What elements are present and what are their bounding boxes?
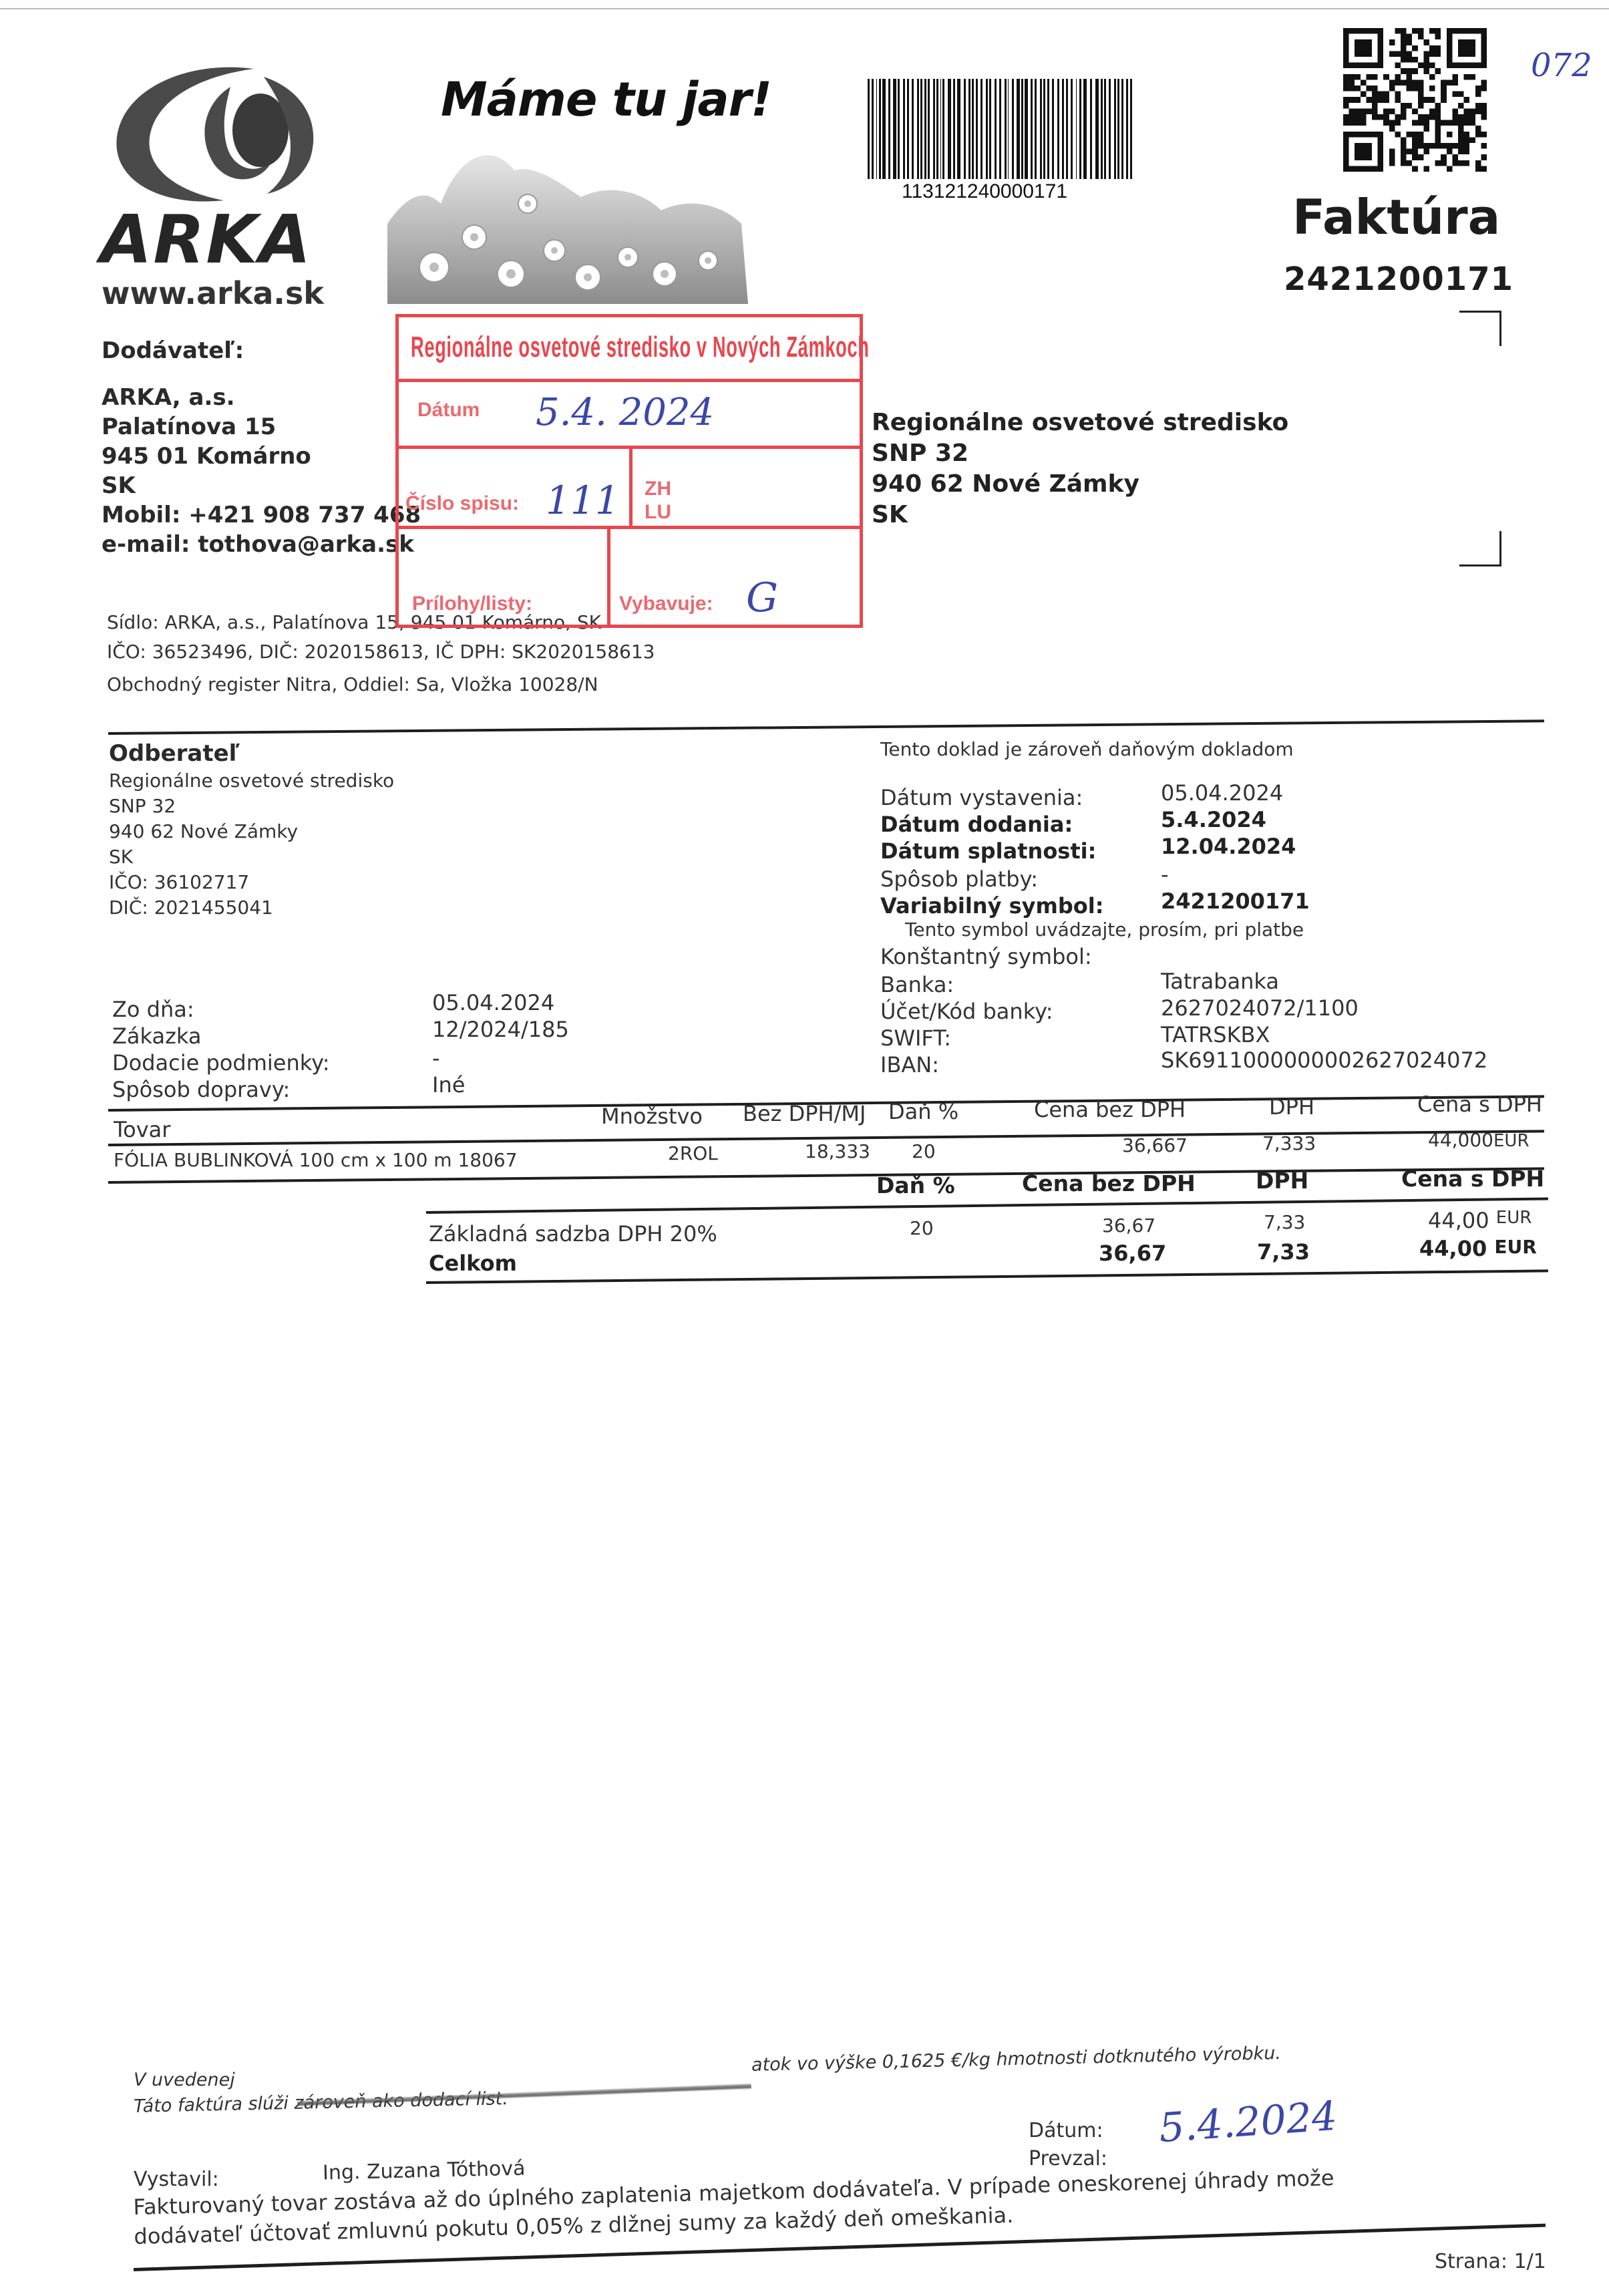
item-gross: 44,000EUR (1428, 1129, 1530, 1151)
customer-line: 940 62 Nové Zámky (109, 819, 394, 844)
rate-net: 36,67 (1102, 1214, 1155, 1237)
total-net: 36,67 (1099, 1241, 1166, 1266)
total-label: Celkom (429, 1251, 517, 1276)
rate-gross: 44,00 EUR (1428, 1208, 1532, 1233)
due-date-label: Dátum splatnosti: (880, 838, 1096, 864)
stamp-attachments-label: Prílohy/listy: (412, 593, 532, 615)
stamp-code: ZH (645, 478, 671, 500)
customer-dic: DIČ: 2021455041 (109, 895, 394, 921)
customer-details: Regionálne osvetové stredisko SNP 32 940… (109, 768, 394, 921)
customer-line: Regionálne osvetové stredisko (109, 768, 394, 794)
bank-label: Banka: (880, 972, 954, 997)
commercial-register: Obchodný register Nitra, Oddiel: Sa, Vlo… (107, 673, 598, 695)
item-tax-pct: 20 (912, 1140, 936, 1162)
received-date-handwritten: 5.4.2024 (1157, 2093, 1338, 2152)
supplier-line: ARKA, a.s. (102, 383, 421, 412)
swift-label: SWIFT: (880, 1025, 951, 1051)
stamp-date-label: Dátum (417, 399, 480, 422)
stamp-handler-label: Vybavuje: (619, 593, 713, 615)
recipient-line: Regionálne osvetové stredisko (872, 407, 1288, 438)
issued-by-label: Vystavil: (134, 2168, 219, 2191)
variable-symbol: 2421200171 (1161, 888, 1310, 914)
col-header-net: Cena bez DPH (1034, 1097, 1186, 1122)
customer-line: SK (109, 844, 394, 870)
brand-url: www.arka.sk (102, 275, 324, 311)
summary-header-gross: Cena s DPH (1401, 1166, 1544, 1192)
constant-symbol-label: Konštantný symbol: (880, 944, 1092, 969)
col-header-item: Tovar (114, 1117, 170, 1142)
rate-tax-pct: 20 (910, 1217, 934, 1239)
order-label: Zákazka (112, 1023, 201, 1049)
received-by-label: Prevzal: (1029, 2147, 1107, 2170)
envelope-window-corner (1459, 311, 1501, 346)
supplier-phone: Mobil: +421 908 737 468 (102, 500, 421, 530)
recipient-address: Regionálne osvetové stredisko SNP 32 940… (872, 407, 1288, 530)
item-unit-price: 18,333 (805, 1140, 870, 1162)
order-date-label: Zo dňa: (112, 997, 194, 1022)
brand-name: ARKA (100, 200, 312, 279)
col-header-gross: Cena s DPH (1417, 1092, 1542, 1117)
delivery-date-label: Dátum dodania: (880, 812, 1073, 837)
stamp-date-value: 5.4. 2024 (536, 391, 714, 434)
banner-title: Máme tu jar! (441, 72, 771, 127)
customer-title: Odberateľ (109, 740, 240, 767)
rate-currency: EUR (1496, 1208, 1532, 1228)
transport-method: Iné (432, 1072, 465, 1098)
envelope-window-corner (1459, 531, 1501, 566)
total-gross-value: 44,00 (1419, 1236, 1487, 1261)
rate-vat: 7,33 (1264, 1211, 1305, 1233)
payment-method: - (1161, 862, 1169, 887)
col-header-vat: DPH (1269, 1094, 1314, 1120)
summary-header-tax: Daň % (876, 1172, 955, 1198)
invoice-number: 2421200171 (1284, 261, 1513, 298)
arka-swirl-logo-icon (97, 63, 331, 204)
handwritten-reference: 072 (1531, 47, 1592, 84)
stamp-file-label: Číslo spisu: (405, 492, 519, 515)
payment-method-label: Spôsob platby: (880, 866, 1038, 892)
account-label: Účet/Kód banky: (880, 999, 1053, 1024)
variable-symbol-label: Variabilný symbol: (880, 893, 1103, 919)
item-net: 36,667 (1122, 1134, 1188, 1156)
stamp-handler-value: G (746, 575, 778, 621)
barcode-number: 113121240000171 (902, 180, 1067, 203)
stamp-code: LU (645, 501, 671, 524)
iban: SK6911000000002627024072 (1161, 1047, 1487, 1073)
iban-label: IBAN: (880, 1052, 939, 1078)
due-date: 12.04.2024 (1161, 834, 1296, 859)
page-indicator: Strana: 1/1 (1435, 2250, 1546, 2273)
order-date: 05.04.2024 (432, 990, 554, 1015)
total-vat: 7,33 (1257, 1239, 1310, 1265)
fee-note-prefix: V uvedenej (134, 2070, 235, 2090)
recipient-line: SNP 32 (872, 438, 1288, 469)
document-title: Faktúra (1292, 189, 1500, 245)
delivery-terms: - (432, 1045, 440, 1071)
total-currency: EUR (1494, 1236, 1536, 1258)
rate-label: Základná sadzba DPH 20% (429, 1221, 717, 1247)
item-vat: 7,333 (1262, 1132, 1316, 1154)
supplier-label: Dodávateľ: (102, 337, 244, 364)
qr-code-icon (1343, 28, 1487, 172)
item-description: FÓLIA BUBLINKOVÁ 100 cm x 100 m 18067 (114, 1149, 518, 1171)
scan-edge (0, 8, 1609, 9)
customer-line: SNP 32 (109, 794, 394, 819)
col-header-tax: Daň % (888, 1099, 958, 1124)
variable-symbol-hint: Tento symbol uvádzajte, prosím, pri plat… (905, 919, 1304, 941)
summary-header-net: Cena bez DPH (1022, 1170, 1196, 1196)
bank-name: Tatrabanka (1161, 969, 1279, 994)
fee-note-fragment: atok vo výške 0,1625 €/kg hmotnosti dotk… (751, 2043, 1281, 2076)
supplier-address: ARKA, a.s. Palatínova 15 945 01 Komárno … (102, 383, 421, 559)
summary-header-vat: DPH (1256, 1168, 1308, 1194)
recipient-line: 940 62 Nové Zámky (872, 469, 1288, 500)
barcode-icon (866, 79, 1133, 179)
issue-date-label: Dátum vystavenia: (880, 785, 1083, 810)
stamp-file-value: 111 (546, 478, 620, 523)
rate-gross-value: 44,00 (1428, 1208, 1489, 1233)
registry-stamp: Regionálne osvetové stredisko v Nových Z… (395, 314, 863, 628)
supplier-line: 945 01 Komárno (102, 442, 421, 471)
registry-ids: IČO: 36523496, DIČ: 2020158613, IČ DPH: … (107, 637, 655, 667)
tax-document-note: Tento doklad je zároveň daňovým dokladom (880, 738, 1294, 760)
delivery-date: 5.4.2024 (1161, 807, 1266, 832)
item-gross-value: 44,000 (1428, 1129, 1493, 1151)
order-number: 12/2024/185 (432, 1017, 569, 1042)
issue-date: 05.04.2024 (1161, 780, 1283, 806)
supplier-email: e-mail: tothova@arka.sk (102, 530, 421, 559)
col-header-quantity: Množstvo (601, 1104, 703, 1129)
supplier-line: SK (102, 471, 421, 500)
daisy-meadow-image-icon (361, 124, 801, 304)
transport-label: Spôsob dopravy: (112, 1077, 290, 1102)
recipient-line: SK (872, 500, 1288, 530)
issued-by-name: Ing. Zuzana Tóthová (323, 2157, 526, 2185)
received-date-label: Dátum: (1029, 2119, 1103, 2142)
col-header-unit-price: Bez DPH/MJ (743, 1101, 866, 1126)
item-quantity: 2ROL (668, 1142, 718, 1164)
customer-ico: IČO: 36102717 (109, 870, 394, 895)
supplier-line: Palatínova 15 (102, 412, 421, 442)
swift-code: TATRSKBX (1161, 1022, 1270, 1047)
delivery-terms-label: Dodacie podmienky: (112, 1050, 330, 1076)
item-currency: EUR (1493, 1131, 1530, 1151)
total-gross: 44,00 EUR (1419, 1236, 1537, 1261)
bank-account: 2627024072/1100 (1161, 995, 1359, 1021)
